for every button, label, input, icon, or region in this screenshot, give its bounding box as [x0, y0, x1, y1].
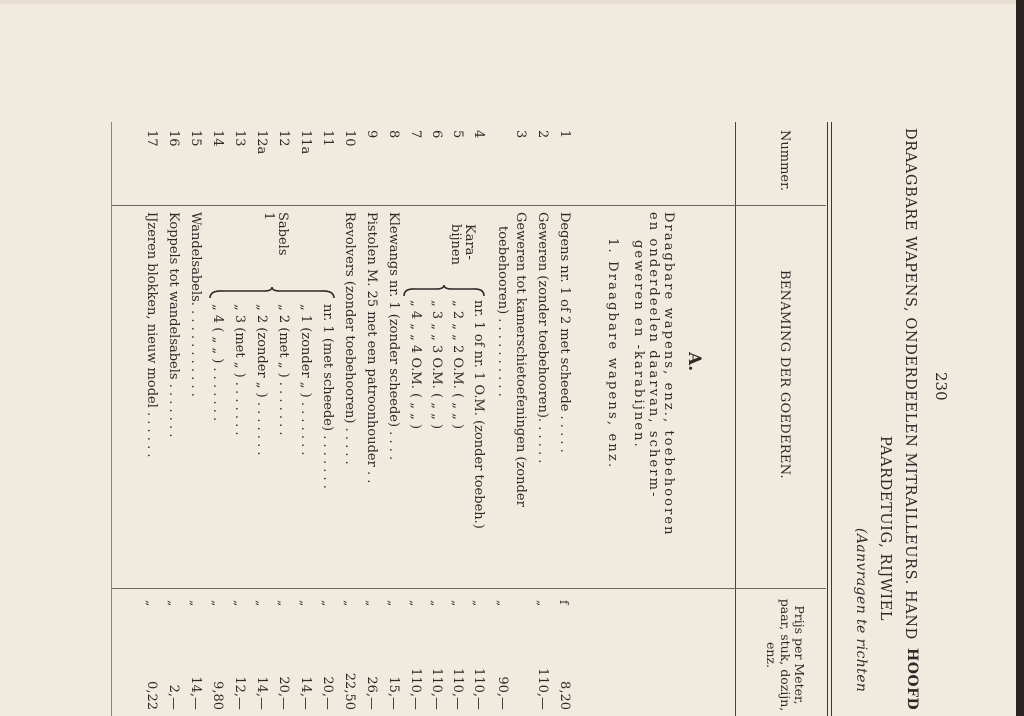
row-unit: „: [471, 600, 485, 606]
row-unit: „: [232, 600, 246, 606]
brace-icon: [402, 284, 486, 298]
page-title: DRAAGBARE WAPENS, ONDERDEELEN MITRAILLEU…: [902, 128, 918, 640]
row-price: 2,—: [166, 620, 181, 710]
column-header-description: BENAMING DER GOEDEREN.: [777, 270, 792, 479]
table-bottom-rule: [111, 122, 112, 716]
running-head: HOOFD: [904, 648, 920, 710]
row-number: 2: [535, 130, 550, 190]
row-number: 13: [232, 130, 247, 190]
row-number: 16: [166, 130, 181, 190]
row-description: „ 2 „ „ 2 O.M. ( „ „ ): [450, 300, 465, 584]
page-number: 230: [932, 372, 950, 401]
row-price: 8,20: [557, 620, 572, 710]
column-divider-price: [112, 588, 826, 589]
row-price: 110,—: [450, 620, 465, 710]
row-unit: „: [386, 600, 400, 606]
row-unit: „: [144, 600, 158, 606]
row-price: 110,—: [429, 620, 444, 710]
row-number: 4: [471, 130, 486, 190]
row-description: „ 2 (zonder „ ) . . . . . . .: [254, 304, 269, 584]
row-description: Pistolen M. 25 met een patroonhouder . .: [364, 212, 379, 584]
row-price: 15,—: [386, 620, 401, 710]
section-heading-line: en onderdeelen daarvan, scherm-: [646, 212, 661, 582]
row-unit: „: [320, 600, 334, 606]
row-price: 9,80: [210, 620, 225, 710]
rotated-document-page: 230 HOOFD DRAAGBARE WAPENS, ONDERDEELEN …: [0, 0, 1024, 716]
table-top-double-rule: [827, 122, 832, 716]
row-description: Klewangs nr. 1 (zonder scheede) . . . .: [386, 212, 401, 584]
row-price: 14,—: [188, 620, 203, 710]
row-unit: „: [210, 600, 224, 606]
section-subheading: 1. Draagbare wapens, enz.: [605, 238, 620, 469]
group-label-sabels: Sabels 1: [261, 212, 289, 256]
table-header-rule: [735, 122, 736, 716]
row-price: 20,—: [320, 620, 335, 710]
row-price: 14,—: [298, 620, 313, 710]
column-divider-number: [112, 205, 826, 206]
row-description: nr. 1 (met scheede) . . . . . . .: [320, 304, 335, 584]
row-number: 7: [408, 130, 423, 190]
row-number: 10: [342, 130, 357, 190]
row-description: „ 4 „ „ 4 O.M. ( „ „ ): [408, 300, 423, 584]
row-number: 6: [429, 130, 444, 190]
page-subtitle: PAARDETUIG, RIJWIEL: [877, 436, 893, 621]
row-number: 17: [144, 130, 159, 190]
row-description: „ 2 (met „ ) . . . . . . .: [276, 304, 291, 584]
section-heading-line: Draagbare wapens, enz., toebehooren: [661, 212, 676, 582]
row-unit: „: [535, 600, 549, 606]
row-number: 8: [386, 130, 401, 190]
row-number: 11a: [298, 130, 313, 190]
brace-icon: [208, 286, 336, 300]
row-price: 20,—: [276, 620, 291, 710]
row-description: Degens nr. 1 of 2 met scheede . . . . .: [557, 212, 572, 584]
row-description: IJzeren blokken, nieuw model . . . . . .: [144, 212, 159, 584]
section-heading: Draagbare wapens, enz., toebehooren en o…: [631, 212, 676, 582]
row-number: 15: [188, 130, 203, 190]
row-description-continued: toebehooren) . . . . . . . . . .: [495, 226, 510, 598]
row-unit: „: [188, 600, 202, 606]
row-unit: „: [298, 600, 312, 606]
row-description: Geweren tot kamerschietoefeningen (zonde…: [513, 212, 528, 584]
row-number: 9: [364, 130, 379, 190]
row-price: 90,—: [495, 620, 510, 710]
row-price: 12,—: [232, 620, 247, 710]
row-unit: „: [276, 600, 290, 606]
row-price: 14,—: [254, 620, 269, 710]
section-letter: A.: [684, 352, 704, 371]
row-description: „ 3 (met „ ) . . . . . . .: [232, 304, 247, 584]
row-unit: „: [450, 600, 464, 606]
row-price: 110,—: [408, 620, 423, 710]
row-unit: „: [166, 600, 180, 606]
row-description: nr. 1 of nr. 1 O.M. (zonder toebeh.): [471, 300, 486, 584]
row-description: Geweren (zonder toebehooren). . . . . .: [535, 212, 550, 584]
row-description: „ 4 ( „ „ ) . . . . . . .: [210, 304, 225, 584]
row-unit: „: [429, 600, 443, 606]
row-unit: „: [254, 600, 268, 606]
row-description: „ 3 „ „ 3 O.M. ( „ „ ): [429, 300, 444, 584]
row-number: 14: [210, 130, 225, 190]
column-header-price: Prijs per Meter, paar, stuk, dozijn, enz…: [764, 595, 806, 715]
row-unit: „: [495, 600, 509, 606]
row-price: 110,—: [535, 620, 550, 710]
row-number: 3: [513, 130, 528, 190]
row-unit: „: [342, 600, 356, 606]
row-unit: „: [364, 600, 378, 606]
page-note: (Aanvragen te richten: [853, 528, 869, 692]
row-description: Revolvers (zonder toebehooren) . . . . .: [342, 212, 357, 584]
row-number: 5: [450, 130, 465, 190]
row-price: 0,22: [144, 620, 159, 710]
row-unit: f: [557, 600, 571, 604]
row-price: 110,—: [471, 620, 486, 710]
row-number: 12a: [254, 130, 269, 190]
row-number: 12: [276, 130, 291, 190]
row-number: 11: [320, 130, 335, 190]
section-heading-line: geweren en -karabijnen.: [631, 212, 646, 582]
row-number: 1: [557, 130, 572, 190]
row-price: 26,—: [364, 620, 379, 710]
row-price: 22,50: [342, 620, 357, 710]
row-description: Koppels tot wandelsabels . . . . . . .: [166, 212, 181, 584]
row-unit: „: [408, 600, 422, 606]
group-label-karabijnen: Kara- bijnen: [448, 224, 476, 265]
row-description: „ 1 (zonder „ ) . . . . . . .: [298, 304, 313, 584]
row-description: Wandelsabels. . . . . . . . . . . .: [188, 212, 203, 584]
column-header-number: Nummer.: [777, 130, 792, 191]
